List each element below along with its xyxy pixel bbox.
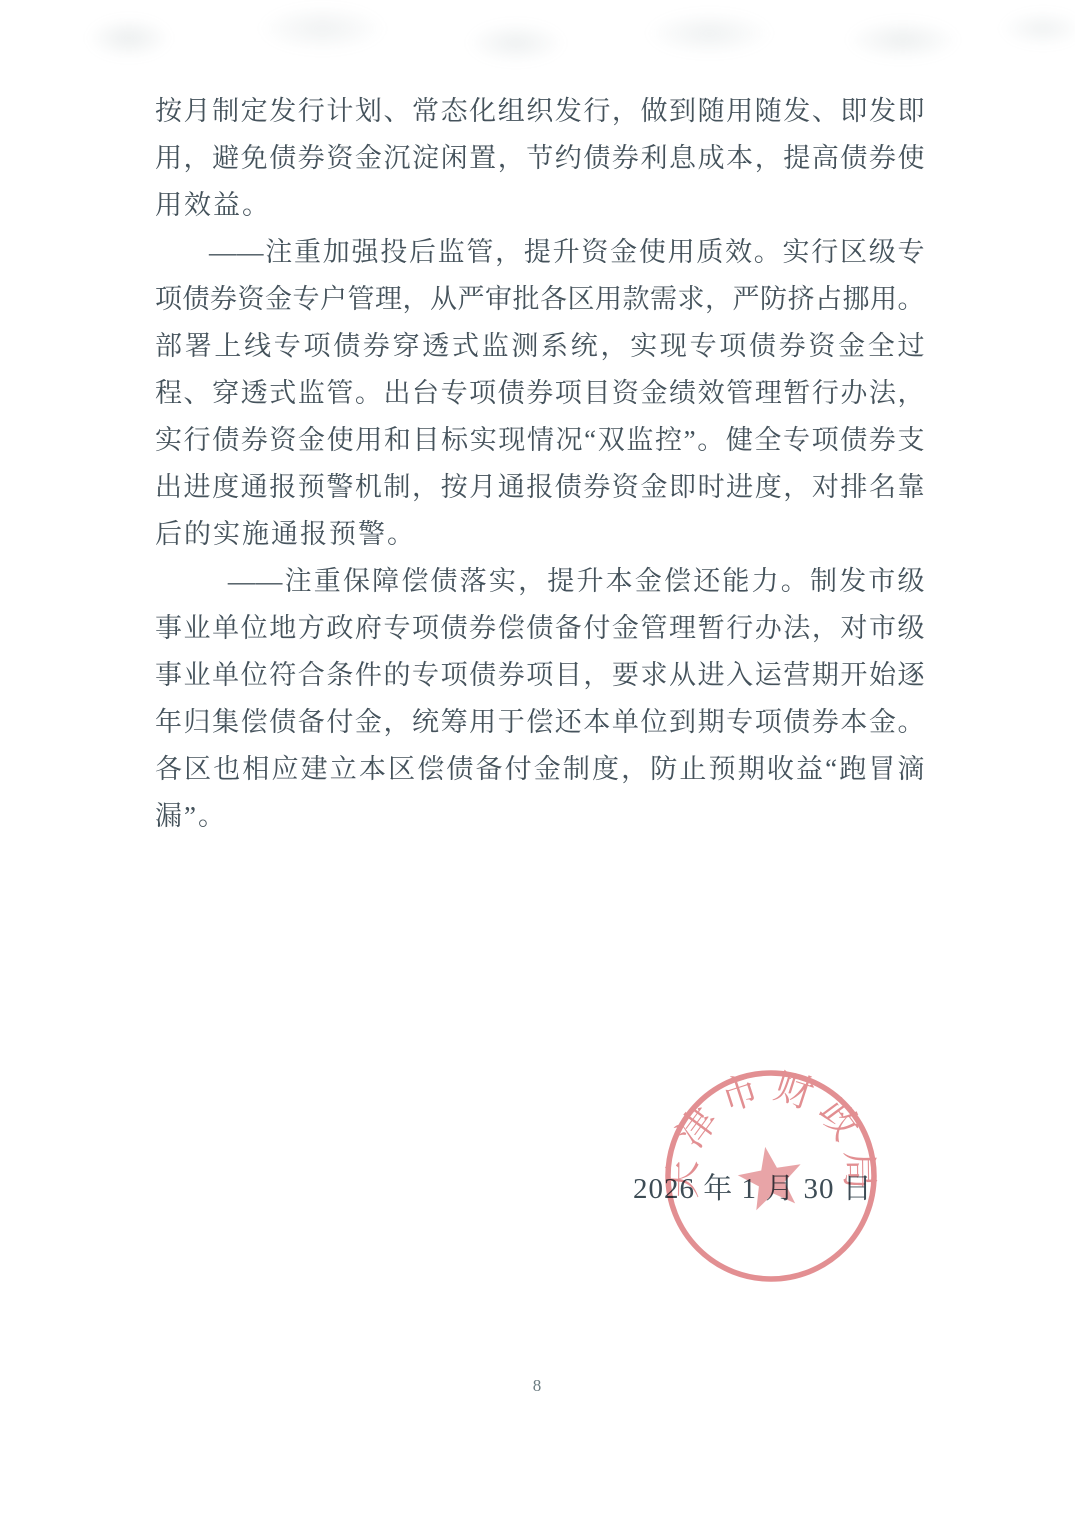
scan-bleed-artifact: [0, 0, 1075, 95]
text-line: 出进度通报预警机制，按月通报债券资金即时进度，对排名靠: [155, 464, 925, 511]
page-number: 8: [0, 1376, 1075, 1396]
text-line: 事业单位地方政府专项债券偿债备付金管理暂行办法，对市级: [155, 605, 925, 652]
text-line: 用，避免债券资金沉淀闲置，节约债券利息成本，提高债券使: [155, 135, 925, 182]
text-line: 事业单位符合条件的专项债券项目，要求从进入运营期开始逐: [155, 652, 925, 699]
text-line: 程、穿透式监管。出台专项债券项目资金绩效管理暂行办法，: [155, 370, 925, 417]
text-line: 部署上线专项债券穿透式监测系统，实现专项债券资金全过: [155, 323, 925, 370]
text-line: 年归集偿债备付金，统筹用于偿还本单位到期专项债券本金。: [155, 699, 925, 746]
official-seal: 天津市财政局: [631, 1036, 911, 1316]
text-line: ——注重加强投后监管，提升资金使用质效。实行区级专: [155, 229, 925, 276]
text-line: 各区也相应建立本区偿债备付金制度，防止预期收益“跑冒滴: [155, 746, 925, 793]
paragraph: ——注重保障偿债落实，提升本金偿还能力。制发市级事业单位地方政府专项债券偿债备付…: [155, 558, 925, 840]
text-line: 用效益。: [155, 182, 925, 229]
text-line: ——注重保障偿债落实，提升本金偿还能力。制发市级: [155, 558, 925, 605]
text-line: 项债券资金专户管理，从严审批各区用款需求，严防挤占挪用。: [155, 276, 925, 323]
document-page: 按月制定发行计划、常态化组织发行，做到随用随发、即发即用，避免债券资金沉淀闲置，…: [0, 0, 1075, 1521]
paragraph: ——注重加强投后监管，提升资金使用质效。实行区级专项债券资金专户管理，从严审批各…: [155, 229, 925, 558]
seal-star-icon: [734, 1141, 807, 1212]
document-body: 按月制定发行计划、常态化组织发行，做到随用随发、即发即用，避免债券资金沉淀闲置，…: [155, 88, 925, 840]
text-line: 按月制定发行计划、常态化组织发行，做到随用随发、即发即: [155, 88, 925, 135]
text-line: 后的实施通报预警。: [155, 511, 925, 558]
paragraph: 按月制定发行计划、常态化组织发行，做到随用随发、即发即用，避免债券资金沉淀闲置，…: [155, 88, 925, 229]
text-line: 漏”。: [155, 793, 925, 840]
text-line: 实行债券资金使用和目标实现情况“双监控”。健全专项债券支: [155, 417, 925, 464]
